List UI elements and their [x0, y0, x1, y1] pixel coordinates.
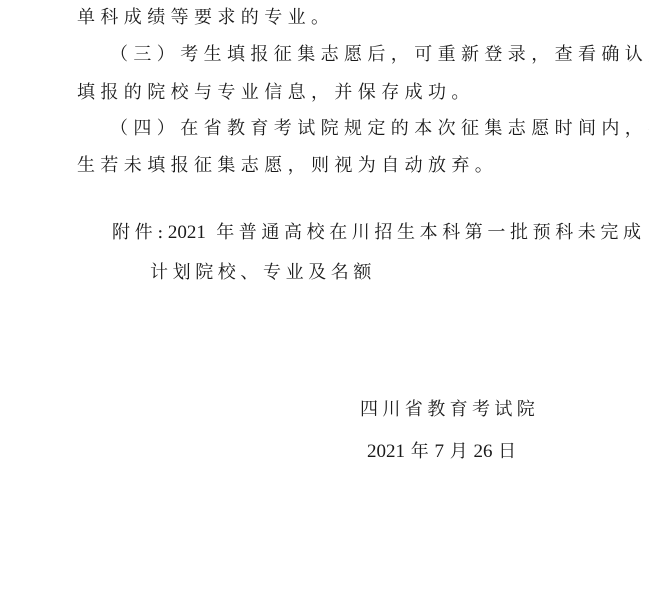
- attachment-label: 附件:: [112, 222, 168, 243]
- paragraph-text: （四）在省教育考试院规定的本次征集志愿时间内，考: [110, 118, 649, 140]
- date-month: 7: [434, 441, 444, 462]
- paragraph-text: 单科成绩等要求的专业。: [77, 7, 334, 29]
- attachment-title: 年普通高校在川招生本科第一批预科未完成: [216, 222, 645, 243]
- date-month-suffix: 月: [450, 441, 468, 462]
- date-day: 26: [473, 441, 492, 462]
- date-day-suffix: 日: [498, 441, 516, 462]
- paragraph-text: 生若未填报征集志愿，则视为自动放弃。: [77, 155, 498, 177]
- attachment-line-1: 附件:2021 年普通高校在川招生本科第一批预科未完成: [112, 222, 646, 244]
- attachment-year: 2021: [168, 222, 206, 243]
- signature-date: 2021 年 7 月 26 日: [367, 441, 516, 463]
- paragraph-text: 填报的院校与专业信息，并保存成功。: [77, 82, 475, 104]
- date-year: 2021: [367, 441, 405, 462]
- signature-org: 四川省教育考试院: [360, 399, 539, 421]
- paragraph-text: （三）考生填报征集志愿后，可重新登录，查看确认所: [110, 44, 649, 66]
- date-year-suffix: 年: [411, 441, 429, 462]
- attachment-line-2: 计划院校、专业及名额: [150, 262, 376, 284]
